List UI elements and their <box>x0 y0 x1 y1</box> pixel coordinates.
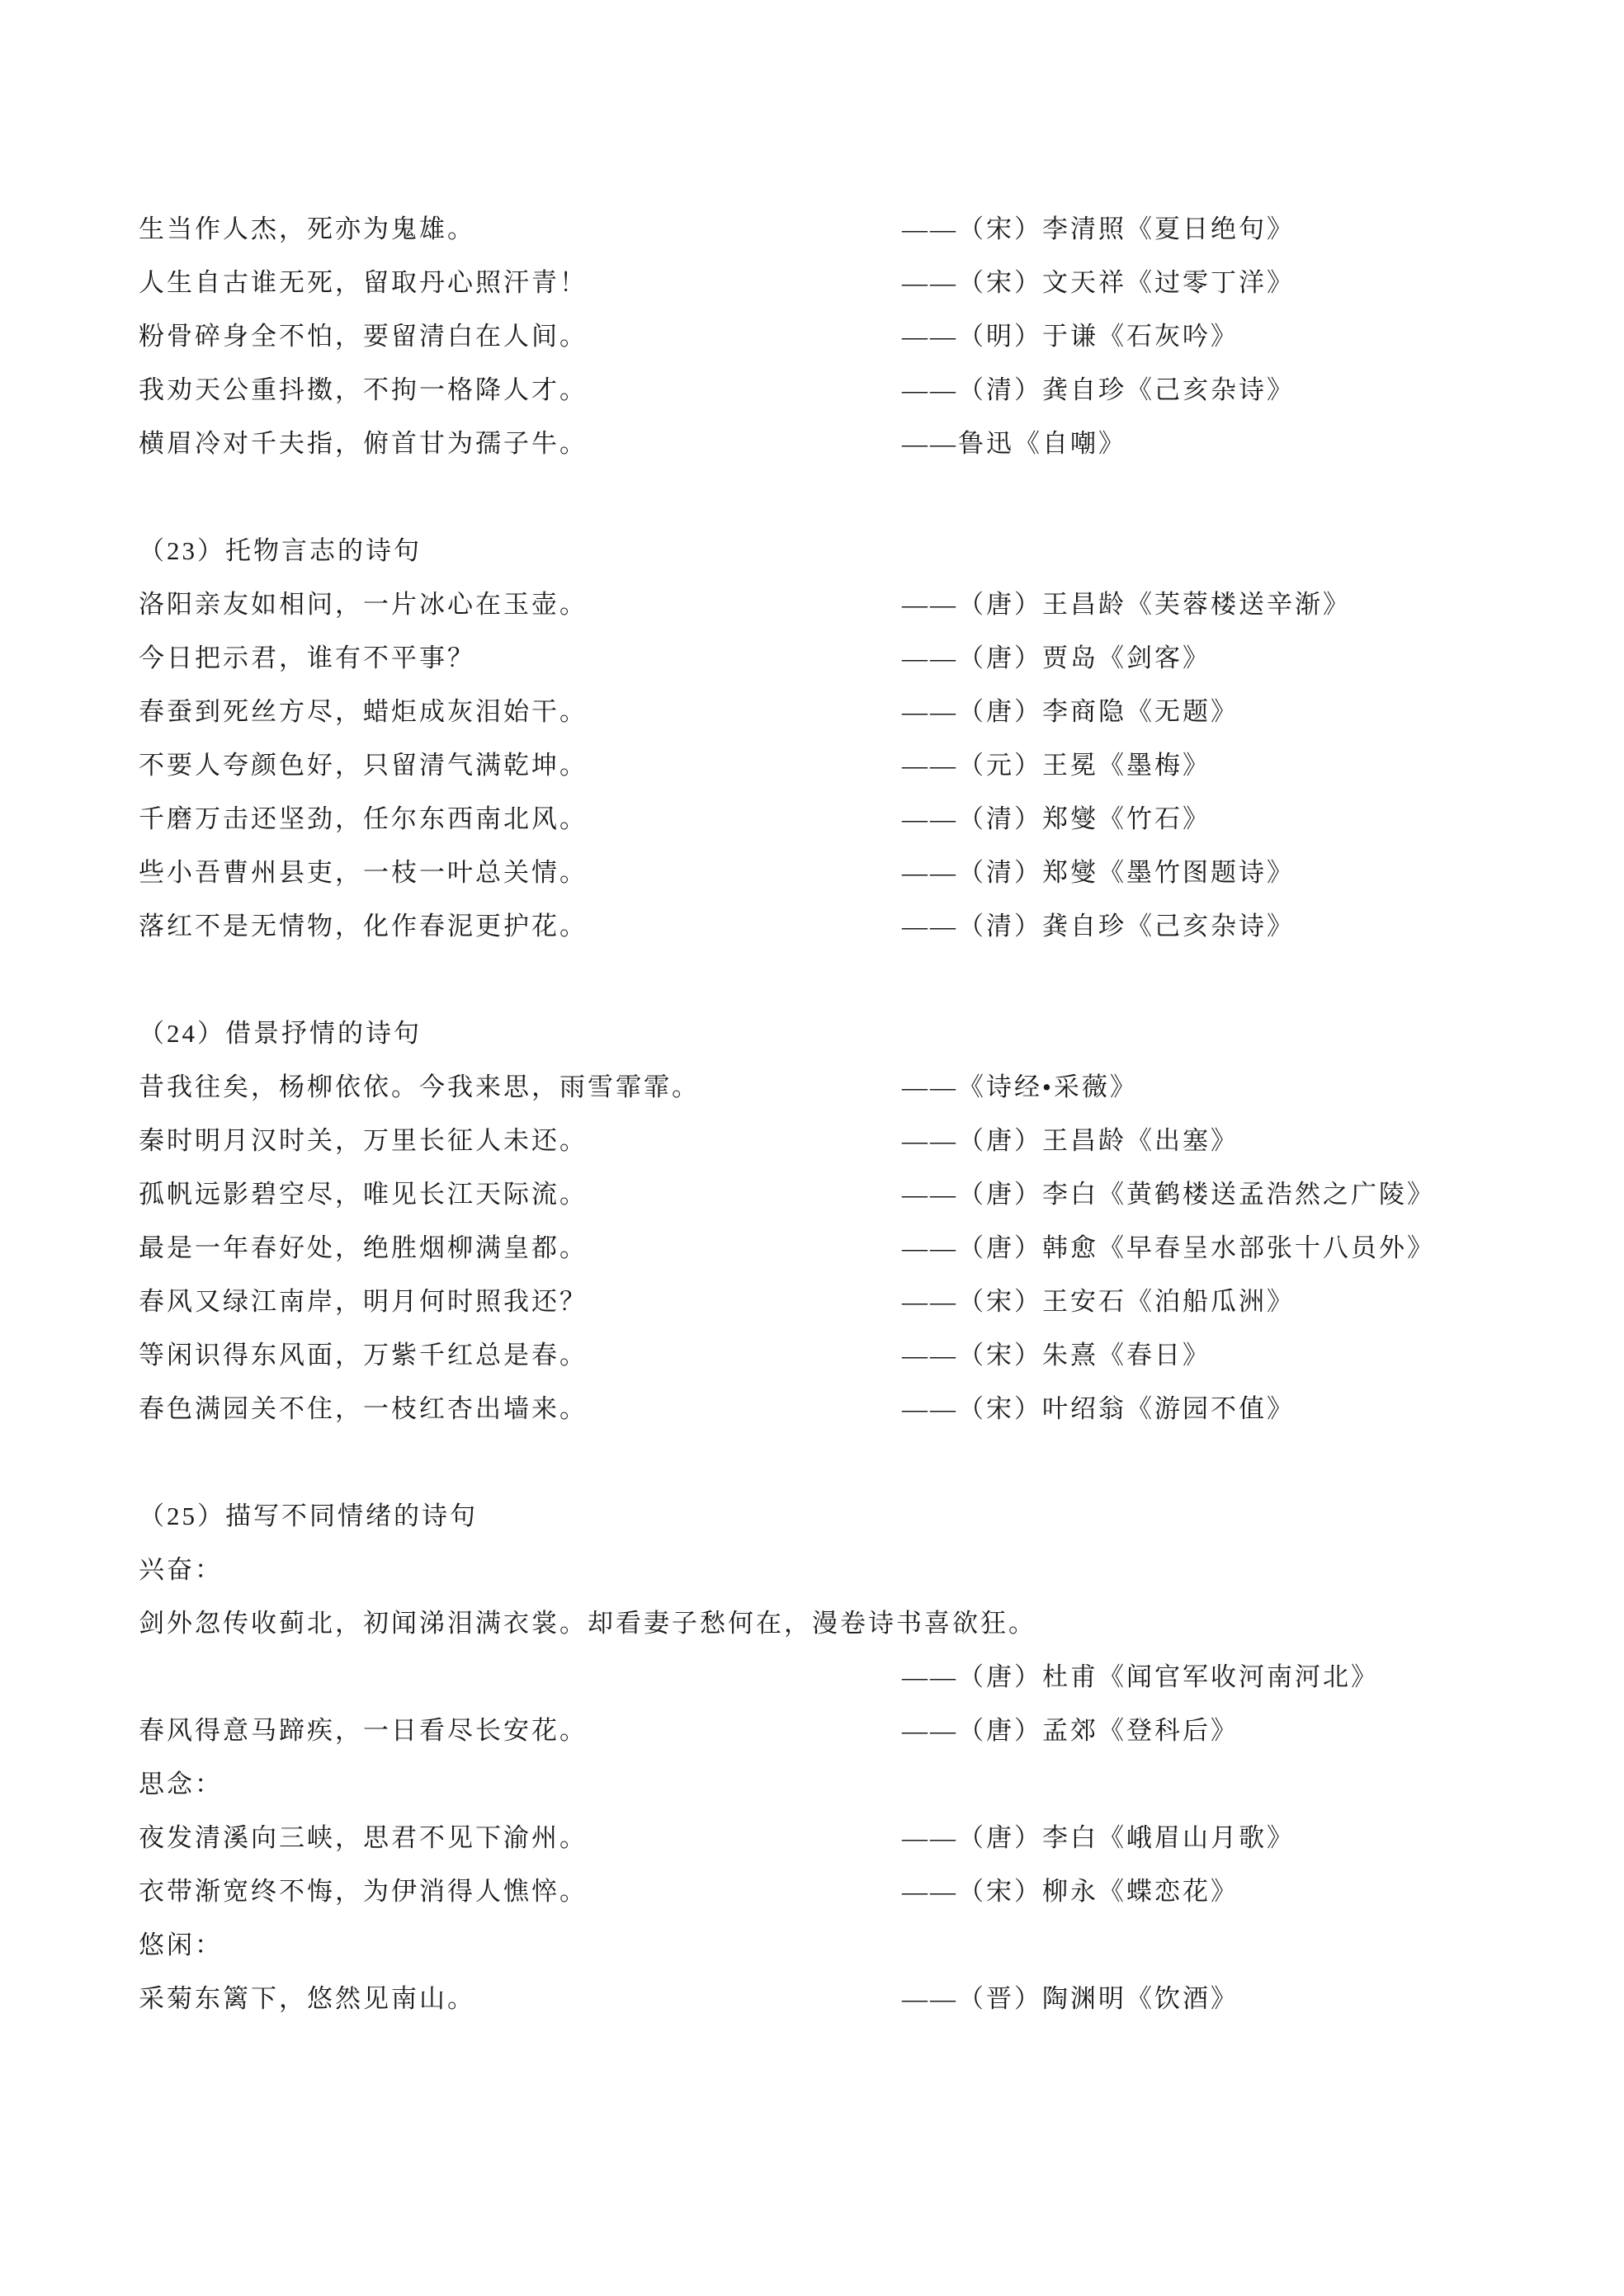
poem-line: 春蚕到死丝方尽，蜡炬成灰泪始干。 <box>139 685 902 738</box>
attribution: ——（清）龚自珍《己亥杂诗》 <box>902 899 1295 953</box>
attribution: ——鲁迅《自嘲》 <box>902 417 1126 470</box>
attribution: ——《诗经•采薇》 <box>902 1060 1138 1114</box>
sections-container: 生当作人杰，死亦为鬼雄。——（宋）李清照《夏日绝句》人生自古谁无死，留取丹心照汗… <box>139 202 1599 2025</box>
poem-row: 些小吾曹州县吏，一枝一叶总关情。——（清）郑燮《墨竹图题诗》 <box>139 846 1599 899</box>
attribution: ——（唐）孟郊《登科后》 <box>902 1704 1239 1757</box>
poem-line: 等闲识得东风面，万紫千红总是春。 <box>139 1328 902 1382</box>
poem-row: 春风又绿江南岸，明月何时照我还？——（宋）王安石《泊船瓜洲》 <box>139 1275 1599 1328</box>
attribution: ——（宋）王安石《泊船瓜洲》 <box>902 1275 1295 1328</box>
poem-line: 千磨万击还坚劲，任尔东西南北风。 <box>139 792 902 846</box>
poem-line: 些小吾曹州县吏，一枝一叶总关情。 <box>139 846 902 899</box>
attribution: ——（唐）李白《峨眉山月歌》 <box>902 1811 1295 1865</box>
poem-row: 等闲识得东风面，万紫千红总是春。——（宋）朱熹《春日》 <box>139 1328 1599 1382</box>
poem-line <box>139 1650 902 1704</box>
attribution: ——（宋）朱熹《春日》 <box>902 1328 1211 1382</box>
poem-row: 横眉冷对千夫指，俯首甘为孺子牛。——鲁迅《自嘲》 <box>139 417 1599 470</box>
attribution: ——（唐）杜甫《闻官军收河南河北》 <box>902 1650 1379 1704</box>
emotion-label: 兴奋： <box>139 1543 902 1596</box>
poem-row: ——（唐）杜甫《闻官军收河南河北》 <box>139 1650 1599 1704</box>
poem-row: 兴奋： <box>139 1543 1599 1596</box>
poem-row: 孤帆远影碧空尽，唯见长江天际流。——（唐）李白《黄鹤楼送孟浩然之广陵》 <box>139 1167 1599 1221</box>
section: （24）借景抒情的诗句昔我往矣，杨柳依依。今我来思，雨雪霏霏。——《诗经•采薇》… <box>139 1007 1599 1436</box>
poem-line: 我劝天公重抖擞，不拘一格降人才。 <box>139 363 902 417</box>
attribution: ——（清）龚自珍《己亥杂诗》 <box>902 363 1295 417</box>
attribution: ——（清）郑燮《墨竹图题诗》 <box>902 846 1295 899</box>
poem-line: 生当作人杰，死亦为鬼雄。 <box>139 202 902 256</box>
poem-row: 粉骨碎身全不怕，要留清白在人间。——（明）于谦《石灰吟》 <box>139 309 1599 363</box>
poem-row: 悠闲： <box>139 1918 1599 1972</box>
section: （25）描写不同情绪的诗句兴奋：剑外忽传收蓟北，初闻涕泪满衣裳。却看妻子愁何在，… <box>139 1489 1599 2025</box>
poem-row: 衣带渐宽终不悔，为伊消得人憔悴。——（宋）柳永《蝶恋花》 <box>139 1865 1599 1918</box>
poem-row: 昔我往矣，杨柳依依。今我来思，雨雪霏霏。——《诗经•采薇》 <box>139 1060 1599 1114</box>
section: （23）托物言志的诗句洛阳亲友如相问，一片冰心在玉壶。——（唐）王昌龄《芙蓉楼送… <box>139 524 1599 953</box>
poem-row: 春风得意马蹄疾，一日看尽长安花。——（唐）孟郊《登科后》 <box>139 1704 1599 1757</box>
poem-line: 人生自古谁无死，留取丹心照汗青！ <box>139 256 902 309</box>
section-heading: （24）借景抒情的诗句 <box>139 1007 902 1060</box>
attribution: ——（唐）王昌龄《芙蓉楼送辛渐》 <box>902 578 1351 631</box>
poem-row: 不要人夸颜色好，只留清气满乾坤。——（元）王冕《墨梅》 <box>139 738 1599 792</box>
poem-row: 春蚕到死丝方尽，蜡炬成灰泪始干。——（唐）李商隐《无题》 <box>139 685 1599 738</box>
poem-row: 落红不是无情物，化作春泥更护花。——（清）龚自珍《己亥杂诗》 <box>139 899 1599 953</box>
emotion-label: 悠闲： <box>139 1918 902 1972</box>
attribution: ——（唐）李白《黄鹤楼送孟浩然之广陵》 <box>902 1167 1435 1221</box>
section-heading-row: （23）托物言志的诗句 <box>139 524 1599 578</box>
poem-row: 最是一年春好处，绝胜烟柳满皇都。——（唐）韩愈《早春呈水部张十八员外》 <box>139 1221 1599 1275</box>
poem-line: 今日把示君，谁有不平事？ <box>139 631 902 685</box>
poem-row: 思念： <box>139 1757 1599 1811</box>
poem-row: 我劝天公重抖擞，不拘一格降人才。——（清）龚自珍《己亥杂诗》 <box>139 363 1599 417</box>
poem-line: 昔我往矣，杨柳依依。今我来思，雨雪霏霏。 <box>139 1060 902 1114</box>
attribution: ——（清）郑燮《竹石》 <box>902 792 1211 846</box>
poem-row: 今日把示君，谁有不平事？——（唐）贾岛《剑客》 <box>139 631 1599 685</box>
poem-row: 生当作人杰，死亦为鬼雄。——（宋）李清照《夏日绝句》 <box>139 202 1599 256</box>
section-heading-row: （24）借景抒情的诗句 <box>139 1007 1599 1060</box>
attribution: ——（晋）陶渊明《饮酒》 <box>902 1972 1239 2025</box>
attribution: ——（宋）柳永《蝶恋花》 <box>902 1865 1239 1918</box>
document-page: 生当作人杰，死亦为鬼雄。——（宋）李清照《夏日绝句》人生自古谁无死，留取丹心照汗… <box>0 0 1624 2296</box>
poem-row: 人生自古谁无死，留取丹心照汗青！——（宋）文天祥《过零丁洋》 <box>139 256 1599 309</box>
attribution: ——（宋）文天祥《过零丁洋》 <box>902 256 1295 309</box>
poem-line: 春风又绿江南岸，明月何时照我还？ <box>139 1275 902 1328</box>
poem-line: 落红不是无情物，化作春泥更护花。 <box>139 899 902 953</box>
poem-line: 采菊东篱下，悠然见南山。 <box>139 1972 902 2025</box>
attribution: ——（元）王冕《墨梅》 <box>902 738 1211 792</box>
attribution: ——（唐）李商隐《无题》 <box>902 685 1239 738</box>
attribution: ——（唐）韩愈《早春呈水部张十八员外》 <box>902 1221 1435 1275</box>
attribution: ——（宋）李清照《夏日绝句》 <box>902 202 1295 256</box>
section-heading: （25）描写不同情绪的诗句 <box>139 1489 902 1543</box>
emotion-label: 思念： <box>139 1757 902 1811</box>
poem-line: 夜发清溪向三峡，思君不见下渝州。 <box>139 1811 902 1865</box>
attribution: ——（唐）王昌龄《出塞》 <box>902 1114 1239 1167</box>
section: 生当作人杰，死亦为鬼雄。——（宋）李清照《夏日绝句》人生自古谁无死，留取丹心照汗… <box>139 202 1599 470</box>
attribution: ——（宋）叶绍翁《游园不值》 <box>902 1382 1295 1436</box>
poem-line: 横眉冷对千夫指，俯首甘为孺子牛。 <box>139 417 902 470</box>
poem-line: 春风得意马蹄疾，一日看尽长安花。 <box>139 1704 902 1757</box>
poem-row: 洛阳亲友如相问，一片冰心在玉壶。——（唐）王昌龄《芙蓉楼送辛渐》 <box>139 578 1599 631</box>
poem-row-wide: 剑外忽传收蓟北，初闻涕泪满衣裳。却看妻子愁何在，漫卷诗书喜欲狂。 <box>139 1596 1599 1650</box>
poem-line: 不要人夸颜色好，只留清气满乾坤。 <box>139 738 902 792</box>
poem-line: 孤帆远影碧空尽，唯见长江天际流。 <box>139 1167 902 1221</box>
poem-row: 春色满园关不住，一枝红杏出墙来。——（宋）叶绍翁《游园不值》 <box>139 1382 1599 1436</box>
section-heading-row: （25）描写不同情绪的诗句 <box>139 1489 1599 1543</box>
poem-line: 最是一年春好处，绝胜烟柳满皇都。 <box>139 1221 902 1275</box>
poem-line: 洛阳亲友如相问，一片冰心在玉壶。 <box>139 578 902 631</box>
poem-row: 采菊东篱下，悠然见南山。——（晋）陶渊明《饮酒》 <box>139 1972 1599 2025</box>
poem-line: 春色满园关不住，一枝红杏出墙来。 <box>139 1382 902 1436</box>
poem-line: 粉骨碎身全不怕，要留清白在人间。 <box>139 309 902 363</box>
poem-line: 剑外忽传收蓟北，初闻涕泪满衣裳。却看妻子愁何在，漫卷诗书喜欲狂。 <box>139 1596 1036 1650</box>
attribution: ——（唐）贾岛《剑客》 <box>902 631 1211 685</box>
poem-row: 夜发清溪向三峡，思君不见下渝州。——（唐）李白《峨眉山月歌》 <box>139 1811 1599 1865</box>
poem-row: 秦时明月汉时关，万里长征人未还。——（唐）王昌龄《出塞》 <box>139 1114 1599 1167</box>
poem-line: 衣带渐宽终不悔，为伊消得人憔悴。 <box>139 1865 902 1918</box>
section-heading: （23）托物言志的诗句 <box>139 524 902 578</box>
poem-line: 秦时明月汉时关，万里长征人未还。 <box>139 1114 902 1167</box>
poem-row: 千磨万击还坚劲，任尔东西南北风。——（清）郑燮《竹石》 <box>139 792 1599 846</box>
attribution: ——（明）于谦《石灰吟》 <box>902 309 1239 363</box>
